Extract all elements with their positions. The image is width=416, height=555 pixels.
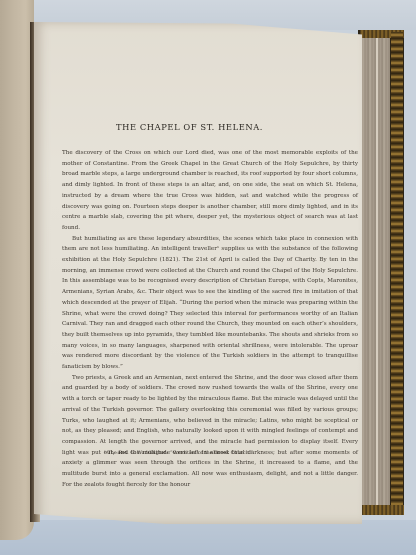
left-page-curl (0, 0, 34, 540)
page-title: THE CHAPEL OF ST. HELENA. (116, 122, 296, 132)
footnote: ¹ The Rev. G. Waddington: “Condition of … (104, 450, 304, 456)
paragraph-3: Two priests, a Greek and an Armenian, ne… (62, 373, 358, 491)
background-table-surface (0, 520, 416, 555)
stacked-page-edges (358, 38, 390, 508)
paragraph-2: But humiliating as are these legendary a… (62, 234, 358, 373)
body-text: The discovery of the Cross on which our … (62, 148, 358, 491)
gilt-cover-border (391, 32, 403, 513)
paragraph-1: The discovery of the Cross on which our … (62, 148, 358, 234)
